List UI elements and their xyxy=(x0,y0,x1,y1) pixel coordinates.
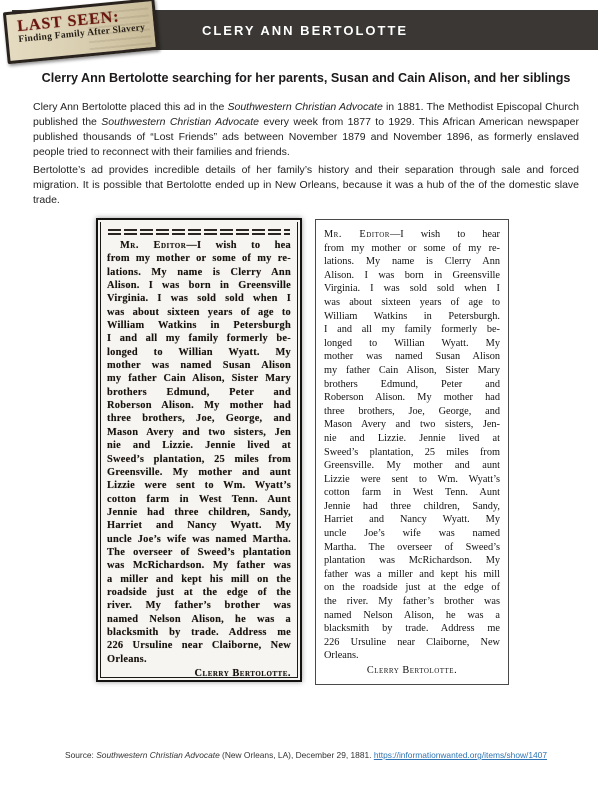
clipping-top-rule-2 xyxy=(108,233,290,235)
document-page: CLERY ANN BERTOLOTTE LAST SEEN: Finding … xyxy=(0,0,612,792)
transcription-text: Mr. Editor—I wish to hearfrom my mother … xyxy=(324,228,500,678)
clipping-text: Mr. Editor—I wish to heafrom my mother o… xyxy=(107,239,291,678)
intro-paragraph-2: Bertolotte’s ad provides incredible deta… xyxy=(33,163,579,208)
source-line: Source: Southwestern Christian Advocate … xyxy=(0,750,612,760)
source-citation: Source: Southwestern Christian Advocate … xyxy=(65,750,374,760)
clipping-top-rule xyxy=(108,229,290,231)
intro-paragraph-1: Clery Ann Bertolotte placed this ad in t… xyxy=(33,100,579,160)
clipping-inner-frame: Mr. Editor—I wish to heafrom my mother o… xyxy=(100,222,298,678)
article-title: Clerry Ann Bertolotte searching for her … xyxy=(20,71,592,85)
transcription-box: Mr. Editor—I wish to hearfrom my mother … xyxy=(315,219,509,685)
source-link[interactable]: https://informationwanted.org/items/show… xyxy=(374,750,547,760)
header-title: CLERY ANN BERTOLOTTE xyxy=(202,23,408,38)
last-seen-logo: LAST SEEN: Finding Family After Slavery xyxy=(3,0,159,64)
newspaper-clipping: Mr. Editor—I wish to heafrom my mother o… xyxy=(96,218,302,682)
